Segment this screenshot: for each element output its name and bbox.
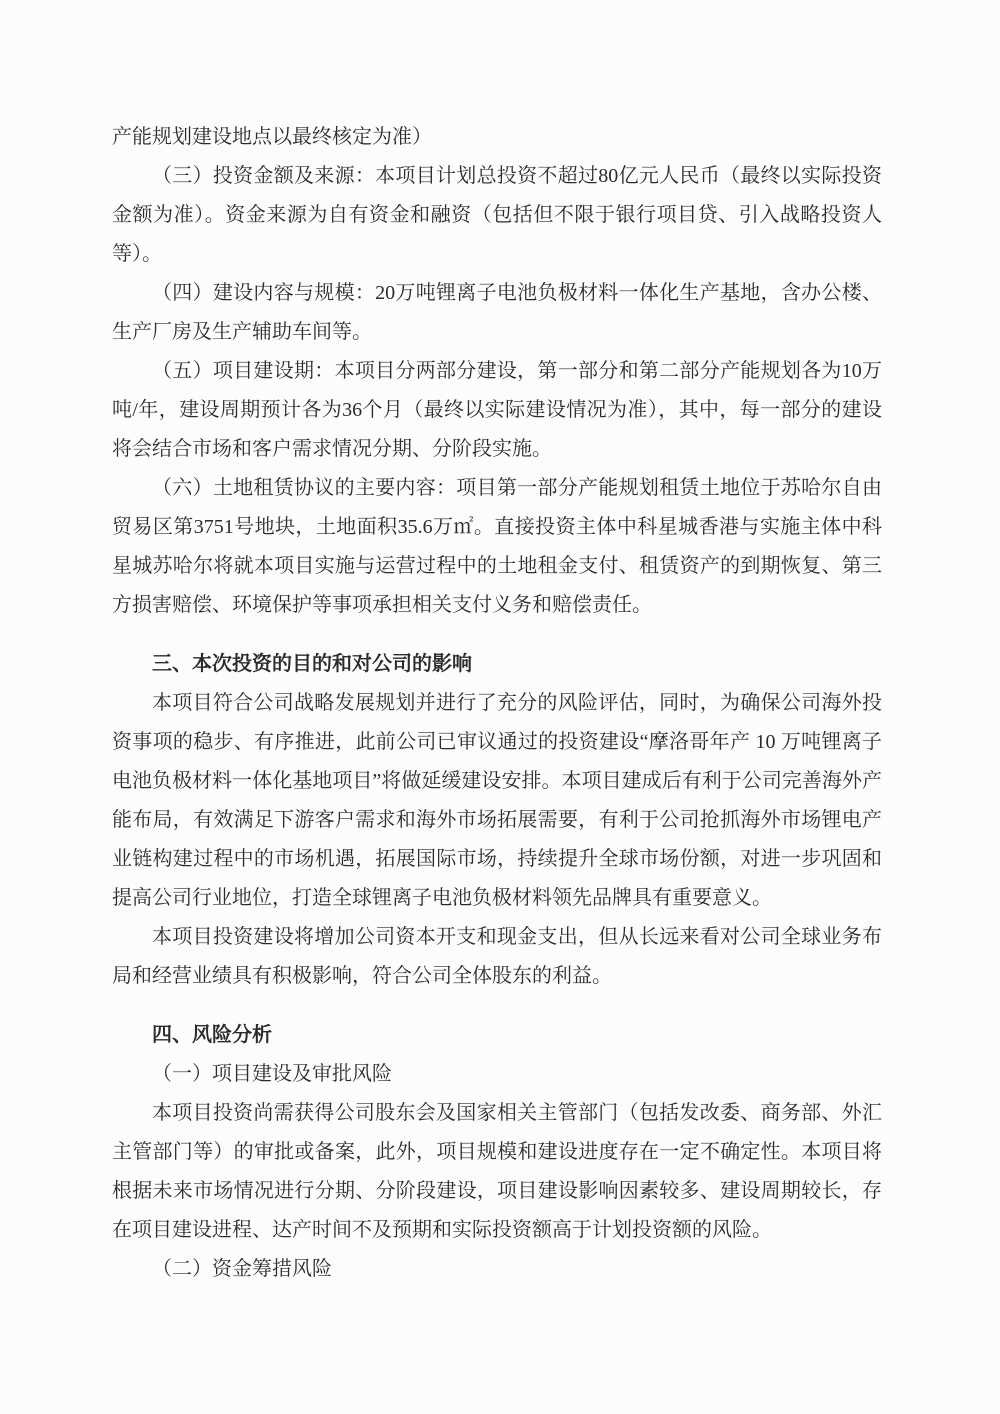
para-strategy-risk-assessment-impact: 本项目符合公司战略发展规划并进行了充分的风险评估，同时，为确保公司海外投资事项的… (112, 684, 882, 918)
para-capital-expenditure-impact: 本项目投资建设将增加公司资本开支和现金支出，但从长远来看对公司全球业务布局和经营… (112, 918, 882, 996)
heading-section-3-purpose-and-impact: 三、本次投资的目的和对公司的影响 (112, 645, 882, 684)
para-risk-construction-approval-detail: 本项目投资尚需获得公司股东会及国家相关主管部门（包括发改委、商务部、外汇主管部门… (112, 1094, 882, 1250)
para-project-construction-period: （五）项目建设期：本项目分两部分建设，第一部分和第二部分产能规划各为10万吨/年… (112, 352, 882, 469)
para-land-lease-agreement: （六）土地租赁协议的主要内容：项目第一部分产能规划租赁土地位于苏哈尔自由贸易区第… (112, 469, 882, 625)
document-body: 产能规划建设地点以最终核定为准） （三）投资金额及来源：本项目计划总投资不超过8… (112, 118, 882, 1289)
subheading-risk-1-construction-approval: （一）项目建设及审批风险 (112, 1055, 882, 1094)
subheading-risk-2-funding: （二）资金筹措风险 (112, 1250, 882, 1289)
para-investment-amount-source: （三）投资金额及来源：本项目计划总投资不超过80亿元人民币（最终以实际投资金额为… (112, 157, 882, 274)
para-construction-content-scale: （四）建设内容与规模：20万吨锂离子电池负极材料一体化生产基地，含办公楼、生产厂… (112, 274, 882, 352)
heading-section-4-risk-analysis: 四、风险分析 (112, 1016, 882, 1055)
doc-line-capacity-location-note: 产能规划建设地点以最终核定为准） (112, 118, 882, 157)
document-page: 产能规划建设地点以最终核定为准） （三）投资金额及来源：本项目计划总投资不超过8… (0, 0, 1000, 1414)
